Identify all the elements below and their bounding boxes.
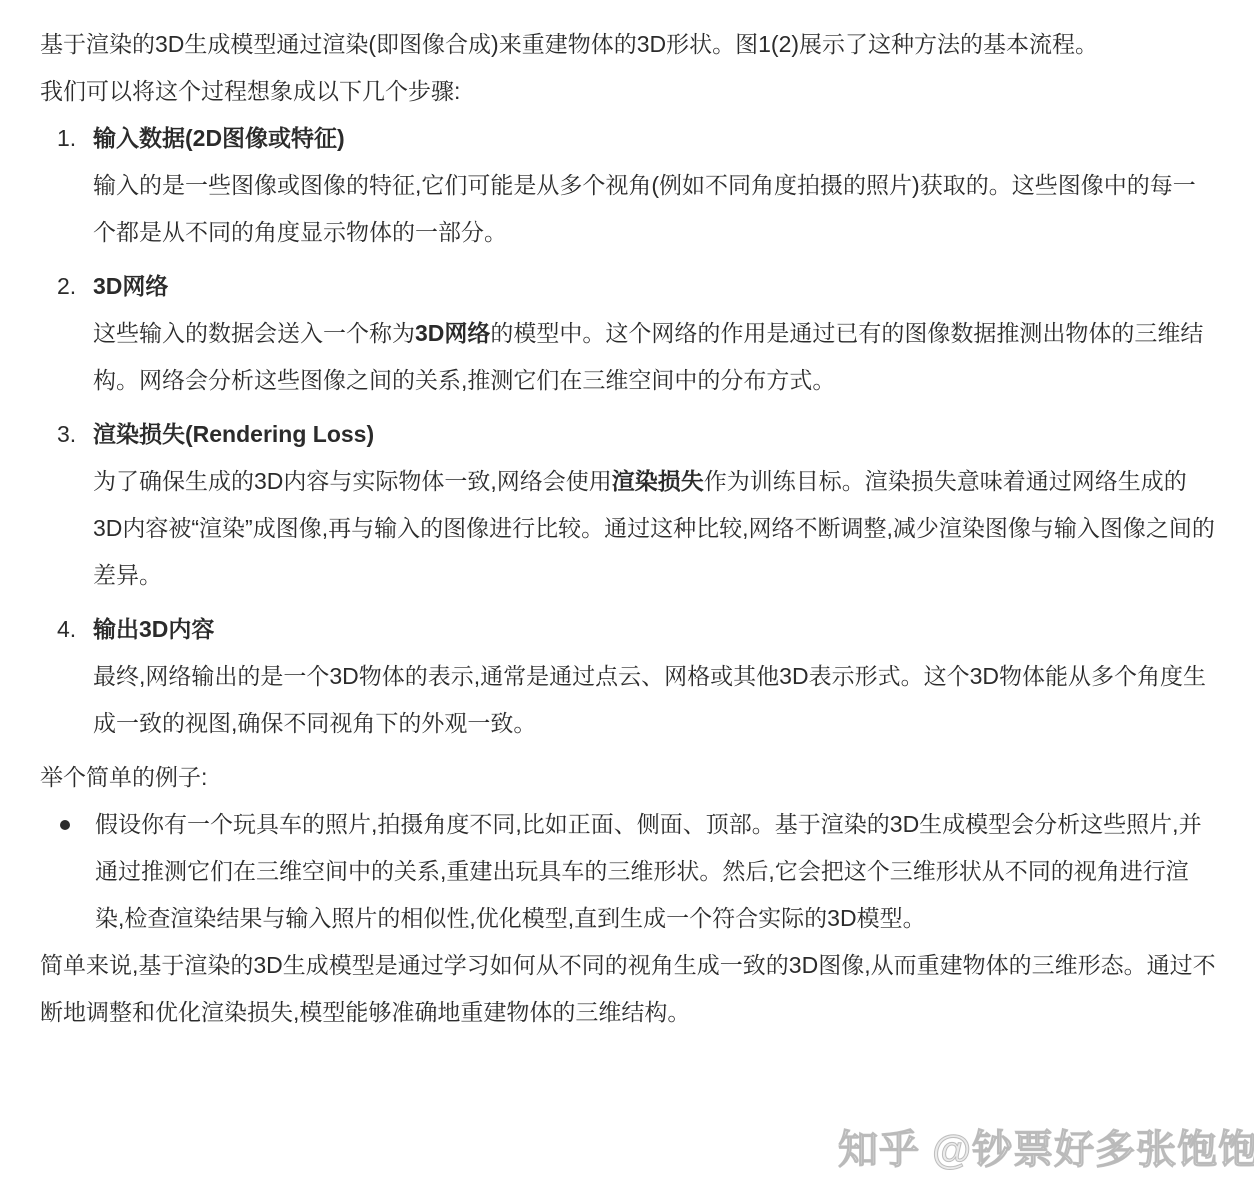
example-text: 假设你有一个玩具车的照片,拍摄角度不同,比如正面、侧面、顶部。基于渲染的3D生成… bbox=[95, 801, 1216, 942]
step-body: 这些输入的数据会送入一个称为3D网络的模型中。这个网络的作用是通过已有的图像数据… bbox=[93, 310, 1216, 404]
step-content: 输入数据(2D图像或特征) 输入的是一些图像或图像的特征,它们可能是从多个视角(… bbox=[93, 115, 1216, 256]
step-body-bold: 渲染损失 bbox=[612, 468, 704, 494]
steps-list: 1. 输入数据(2D图像或特征) 输入的是一些图像或图像的特征,它们可能是从多个… bbox=[40, 115, 1216, 747]
example-bullet-item: 假设你有一个玩具车的照片,拍摄角度不同,比如正面、侧面、顶部。基于渲染的3D生成… bbox=[40, 801, 1216, 942]
step-heading: 输入数据(2D图像或特征) bbox=[93, 115, 1216, 162]
example-intro: 举个简单的例子: bbox=[40, 754, 1216, 801]
step-item-4: 4. 输出3D内容 最终,网络输出的是一个3D物体的表示,通常是通过点云、网格或… bbox=[40, 606, 1216, 747]
step-body-text: 输入的是一些图像或图像的特征,它们可能是从多个视角(例如不同角度拍摄的照片)获取… bbox=[93, 172, 1196, 245]
step-body: 输入的是一些图像或图像的特征,它们可能是从多个视角(例如不同角度拍摄的照片)获取… bbox=[93, 162, 1216, 256]
step-content: 渲染损失(Rendering Loss) 为了确保生成的3D内容与实际物体一致,… bbox=[93, 411, 1216, 599]
step-body-text: 最终,网络输出的是一个3D物体的表示,通常是通过点云、网格或其他3D表示形式。这… bbox=[93, 663, 1206, 736]
step-content: 3D网络 这些输入的数据会送入一个称为3D网络的模型中。这个网络的作用是通过已有… bbox=[93, 263, 1216, 404]
step-number: 2. bbox=[57, 263, 93, 404]
step-heading: 渲染损失(Rendering Loss) bbox=[93, 411, 1216, 458]
intro-paragraph: 基于渲染的3D生成模型通过渲染(即图像合成)来重建物体的3D形状。图1(2)展示… bbox=[40, 21, 1216, 68]
step-item-3: 3. 渲染损失(Rendering Loss) 为了确保生成的3D内容与实际物体… bbox=[40, 411, 1216, 599]
step-content: 输出3D内容 最终,网络输出的是一个3D物体的表示,通常是通过点云、网格或其他3… bbox=[93, 606, 1216, 747]
step-item-1: 1. 输入数据(2D图像或特征) 输入的是一些图像或图像的特征,它们可能是从多个… bbox=[40, 115, 1216, 256]
document-page: 基于渲染的3D生成模型通过渲染(即图像合成)来重建物体的3D形状。图1(2)展示… bbox=[0, 0, 1254, 1036]
steps-intro: 我们可以将这个过程想象成以下几个步骤: bbox=[40, 68, 1216, 115]
step-heading: 3D网络 bbox=[93, 263, 1216, 310]
step-body-bold: 3D网络 bbox=[415, 320, 490, 346]
step-number: 4. bbox=[57, 606, 93, 747]
zhihu-watermark: 知乎 @钞票好多张饱饱 bbox=[838, 1118, 1254, 1175]
step-body-text: 这些输入的数据会送入一个称为 bbox=[93, 320, 415, 346]
conclusion-paragraph: 简单来说,基于渲染的3D生成模型是通过学习如何从不同的视角生成一致的3D图像,从… bbox=[40, 942, 1216, 1036]
step-number: 3. bbox=[57, 411, 93, 599]
step-body-text: 为了确保生成的3D内容与实际物体一致,网络会使用 bbox=[93, 468, 612, 494]
step-number: 1. bbox=[57, 115, 93, 256]
bullet-icon bbox=[60, 820, 70, 830]
example-list: 假设你有一个玩具车的照片,拍摄角度不同,比如正面、侧面、顶部。基于渲染的3D生成… bbox=[40, 801, 1216, 942]
step-heading: 输出3D内容 bbox=[93, 606, 1216, 653]
step-body: 最终,网络输出的是一个3D物体的表示,通常是通过点云、网格或其他3D表示形式。这… bbox=[93, 653, 1216, 747]
step-item-2: 2. 3D网络 这些输入的数据会送入一个称为3D网络的模型中。这个网络的作用是通… bbox=[40, 263, 1216, 404]
step-body: 为了确保生成的3D内容与实际物体一致,网络会使用渲染损失作为训练目标。渲染损失意… bbox=[93, 458, 1216, 599]
